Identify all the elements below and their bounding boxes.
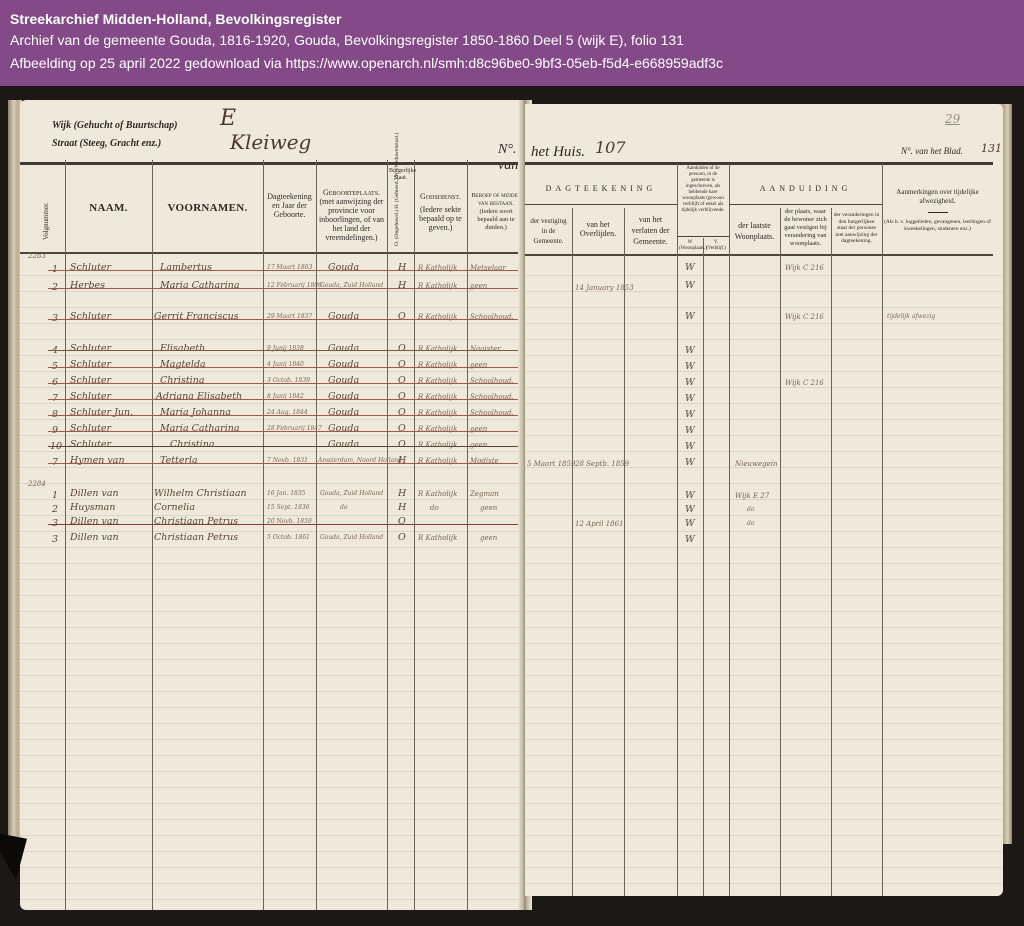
col-header-aanmerkingen: Aanmerkingen over tijdelijke afwezigheid… [882, 188, 993, 232]
header-top-rule [525, 162, 993, 165]
group-header-dagteekening: DAGTEEKENING [525, 184, 677, 193]
row-voornamen: Christiaan Petrus [154, 516, 238, 527]
row-plaats: Gouda [328, 407, 359, 418]
col-divider [467, 160, 468, 910]
row-plaats: Gouda [328, 262, 359, 273]
row-beroep: geen [480, 504, 497, 512]
col-header-voornamen: VOORNAMEN. [152, 204, 263, 213]
row-godsdienst: R Katholijk [418, 534, 457, 542]
group-rule [729, 204, 882, 205]
household-number: 2284 [28, 480, 46, 488]
strikethrough-line [48, 524, 523, 525]
row-naam: Dillen van [70, 516, 119, 527]
col-header-w: W (Woonplaats.) [677, 240, 703, 252]
row-naam: Dillen van [70, 532, 119, 543]
archive-title: Streekarchief Midden-Holland, Bevolkings… [10, 9, 1014, 29]
row-wv: W [685, 377, 695, 388]
col-divider [152, 160, 153, 910]
godsdienst-title: Godsdienst. [416, 192, 465, 201]
header-top-rule [20, 162, 525, 165]
strikethrough-line [48, 399, 523, 400]
ruled-lines [525, 260, 1003, 896]
row-staat: O [398, 532, 406, 543]
row-overlijden: 14 January 1853 [575, 284, 634, 292]
row-wv: W [685, 457, 695, 468]
row-wv: W [685, 425, 695, 436]
strikethrough-line [48, 415, 523, 416]
row-overlijden: 12 April 1861 [575, 520, 624, 528]
row-voornamen: Christina [160, 375, 204, 386]
row-plaats: Gouda [328, 343, 359, 354]
aanmerkingen-sub: (Als b. v. loggelieden, gevangenen, leer… [884, 219, 991, 232]
row-vestiging: 5 Maart 1859 [527, 460, 575, 468]
strikethrough-line [48, 446, 523, 447]
row-voornamen: Maria Johanna [160, 407, 231, 418]
col-divider [263, 160, 264, 910]
row-staat: O [398, 375, 406, 386]
row-plaats: Gouda [328, 359, 359, 370]
divider [928, 212, 948, 213]
col-divider [780, 208, 781, 896]
row-staat: O [398, 343, 406, 354]
strikethrough-line [48, 270, 523, 271]
blad-value: 131 [981, 142, 1002, 155]
row-laatste-woonplaats: Wijk E 27 [735, 492, 769, 500]
row-staat: H [398, 502, 406, 513]
col-divider [729, 164, 730, 896]
row-godsdienst: R Katholijk [418, 490, 457, 498]
row-plaats: Gouda, Zuid Holland [320, 534, 383, 541]
col-divider [65, 160, 66, 910]
col-divider [316, 160, 317, 910]
row-godsdienst: do [430, 504, 439, 512]
aanmerkingen-title: Aanmerkingen over tijdelijke afwezigheid… [884, 188, 991, 206]
strikethrough-line [48, 367, 523, 368]
col-header-geboorte: Dagteekening en Jaar der Geboorte. [263, 192, 316, 219]
col-header-veranderingen: der veranderingen in den burgerlijken st… [831, 212, 882, 245]
col-header-overlijden: van het Overlijden. [572, 220, 624, 238]
row-plaats: Gouda [328, 423, 359, 434]
household-number: 2283 [28, 252, 46, 260]
strikethrough-line [48, 288, 523, 289]
row-aanmerking: tijdelijk afwezig [887, 313, 935, 320]
row-plaats: Gouda [328, 439, 359, 450]
row-voornamen: Elisabeth [160, 343, 205, 354]
row-wv: W [685, 311, 695, 322]
row-wv: W [685, 518, 695, 529]
row-geboorte: 15 Sept. 1836 [267, 504, 310, 511]
col-header-geboorteplaats: Geboorteplaats. (met aanwijzing der prov… [316, 188, 387, 242]
row-beroep: Zegman [470, 490, 499, 498]
row-naam: Schluter [70, 359, 111, 370]
huis-label: het Huis. [531, 144, 585, 161]
row-godsdienst: R Katholijk [418, 345, 457, 353]
row-plaats: Gouda, Zuid Holland [320, 490, 383, 497]
row-voornamen: Lambertus [160, 262, 212, 273]
row-wv: W [685, 490, 695, 501]
row-plaats: Gouda [328, 375, 359, 386]
row-staat: H [398, 488, 406, 499]
row-voornamen: Cornelia [154, 502, 195, 513]
row-naam: Schluter [70, 391, 111, 402]
row-plaats: Gouda [328, 311, 359, 322]
strikethrough-line [48, 383, 523, 384]
row-wv: W [685, 504, 695, 515]
col-divider [414, 160, 415, 910]
row-voornamen: Maria Catharina [160, 423, 240, 434]
col-header-staat: Burgerlijke Staat. [387, 168, 414, 182]
register-page-right: het Huis. 107 29 N°. van het Blad. 131 D… [525, 104, 1003, 896]
col-header-woon-verblijf: Aanduiden of de persoon, in de gemeente … [677, 166, 729, 214]
wijk-label: Wijk (Gehucht of Buurtschap) [52, 120, 177, 131]
download-note: Afbeelding op 25 april 2022 gedownload v… [10, 52, 1014, 75]
col-header-verlaten: van het verlaten der Gemeente. [624, 214, 677, 247]
beroep-sub: (Iedere soort bepaald aan te duiden.) [469, 208, 523, 232]
row-vestiging-plaats: Wijk C 216 [785, 379, 824, 387]
archive-banner: Streekarchief Midden-Holland, Bevolkings… [0, 0, 1024, 86]
row-plaats: Gouda [328, 391, 359, 402]
row-vestiging-plaats: Wijk C 216 [785, 264, 824, 272]
col-header-vestiging: der vestiging in de Gemeente. [525, 216, 572, 246]
group-rule [677, 236, 729, 237]
staat-options: O. (Ongehuwd.) H. (Gehuwd.) W. (Weduwens… [394, 133, 400, 246]
col-divider [624, 208, 625, 896]
row-nr: 2 [52, 504, 58, 515]
row-wv: W [685, 441, 695, 452]
row-nr: 3 [52, 534, 58, 545]
row-staat: O [398, 311, 406, 322]
group-rule [525, 204, 677, 205]
row-voornamen: Adriana Elisabeth [156, 391, 242, 402]
col-header-plaats-vestiging: der plaats, waar de bewoner zich gaat ve… [780, 208, 831, 248]
col-header-naam: NAAM. [65, 204, 152, 213]
row-naam: Schluter [70, 262, 111, 273]
row-staat: H [398, 280, 406, 291]
group-header-aanduiding: AANDUIDING [729, 184, 882, 193]
row-wv: W [685, 280, 695, 291]
header-bottom-rule [20, 252, 525, 254]
row-wv: W [685, 345, 695, 356]
row-staat: O [398, 439, 406, 450]
blad-label: N°. van het Blad. [901, 146, 963, 156]
col-divider [831, 208, 832, 896]
row-wv: W [685, 393, 695, 404]
row-godsdienst: R Katholijk [418, 441, 457, 449]
col-header-godsdienst: Godsdienst. (Iedere sekte bepaald op te … [414, 192, 467, 232]
row-naam: Schluter [70, 439, 111, 450]
row-staat: O [398, 516, 406, 527]
row-laatste-woonplaats: do [747, 506, 754, 513]
col-header-laatste-woonplaats: der laatste Woonplaats. [729, 220, 780, 242]
strikethrough-line [48, 319, 523, 320]
beroep-title: Beroep of middel van bestaan. [469, 192, 523, 208]
row-voornamen: Tetterla [160, 455, 198, 466]
col-divider [572, 208, 573, 896]
row-wv: W [685, 262, 695, 273]
row-naam: Hymen van [70, 455, 125, 466]
col-header-v: V. (Verblijf.) [703, 240, 729, 252]
straat-value: Kleiweg [230, 130, 311, 154]
row-beroep: Naaister [470, 345, 501, 353]
ruled-lines [20, 260, 525, 910]
row-naam: Herbes [70, 280, 105, 291]
row-staat: O [398, 359, 406, 370]
row-naam: Schluter Jun. [70, 407, 133, 418]
row-overlijden: 28 Septb. 1859 [575, 460, 629, 468]
row-laatste-woonplaats: do [747, 520, 754, 527]
huis-value: 107 [595, 138, 626, 157]
row-voornamen: Gerrit Franciscus [154, 311, 239, 322]
godsdienst-sub: (Iedere sekte bepaald op te geven.) [416, 205, 465, 232]
col-divider [882, 164, 883, 896]
col-divider [703, 238, 704, 896]
row-naam: Schluter [70, 343, 111, 354]
archive-subtitle: Archief van de gemeente Gouda, 1816-1920… [10, 29, 1014, 52]
col-divider [387, 160, 388, 910]
row-wv: W [685, 534, 695, 545]
row-staat: H [398, 262, 406, 273]
col-divider [677, 164, 678, 896]
row-geboorte: 5 Octob. 1861 [267, 534, 310, 541]
row-staat: O [398, 391, 406, 402]
row-geboorte: 16 Jan. 1835 [267, 490, 305, 497]
strikethrough-line [48, 350, 523, 351]
row-voornamen: Magtelda [160, 359, 206, 370]
row-plaats: do [340, 504, 347, 511]
row-wv: W [685, 409, 695, 420]
row-naam: Huysman [70, 502, 115, 513]
row-naam: Schluter [70, 311, 111, 322]
geboorteplaats-sub: (met aanwijzing der provincie voor inboo… [318, 197, 385, 242]
row-voornamen: Christiaan Petrus [154, 532, 238, 543]
row-voornamen: Wilhelm Christiaan [154, 488, 247, 499]
row-naam: Dillen van [70, 488, 119, 499]
row-nr: 1 [52, 490, 58, 501]
col-header-volgnummer: Volgnummer. [42, 202, 50, 240]
row-laatste-woonplaats: Nieuwegein [735, 460, 778, 468]
register-page-left: Wijk (Gehucht of Buurtschap) Straat (Ste… [20, 100, 525, 910]
strikethrough-line [48, 463, 523, 464]
row-staat: H [398, 455, 406, 466]
wijk-value: E [220, 106, 236, 131]
row-beroep: geen [470, 441, 487, 449]
row-voornamen: Christina [170, 439, 214, 450]
row-staat: O [398, 407, 406, 418]
strikethrough-line [48, 431, 523, 432]
row-naam: Schluter [70, 375, 111, 386]
pencil-page-note: 29 [945, 112, 960, 126]
header-bottom-rule [525, 254, 993, 256]
row-naam: Schluter [70, 423, 111, 434]
row-vestiging-plaats: Wijk C 216 [785, 313, 824, 321]
row-beroep: geen [480, 534, 497, 542]
row-voornamen: Maria Catharina [160, 280, 240, 291]
col-header-beroep: Beroep of middel van bestaan. (Iedere so… [467, 192, 525, 232]
row-wv: W [685, 361, 695, 372]
geboorteplaats-title: Geboorteplaats. [318, 188, 385, 197]
row-staat: O [398, 423, 406, 434]
straat-label: Straat (Steeg, Gracht enz.) [52, 138, 161, 149]
